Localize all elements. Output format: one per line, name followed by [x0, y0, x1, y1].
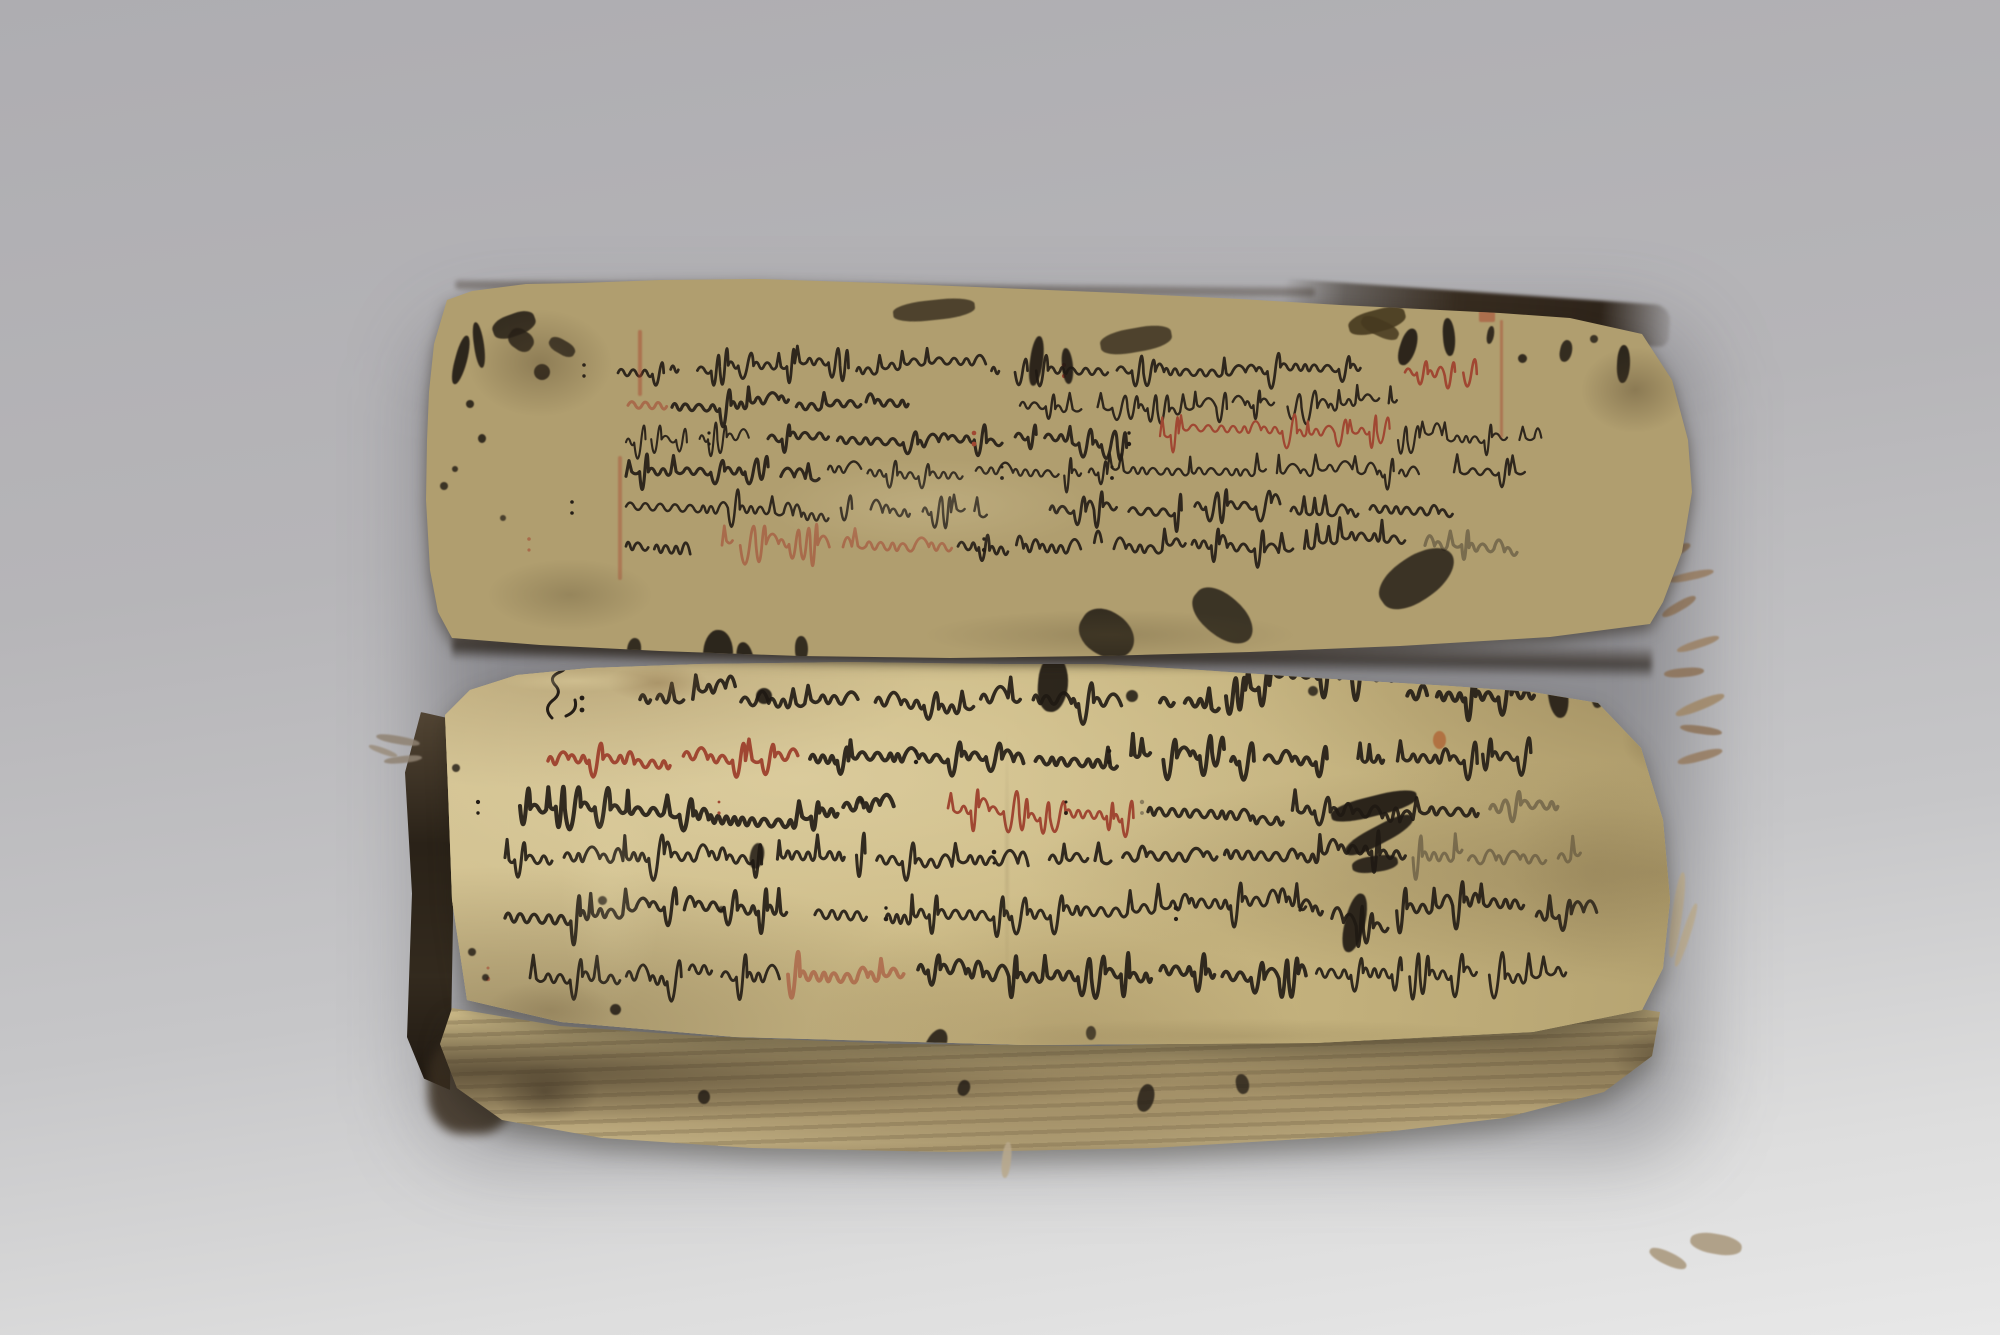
ink-smudge — [858, 798, 864, 804]
tsheg-dot — [914, 760, 918, 764]
text-line — [626, 542, 690, 554]
text-line — [810, 734, 1327, 780]
ink-smudge — [698, 1090, 710, 1104]
frayed-fiber — [1647, 1244, 1689, 1273]
frayed-fiber — [368, 743, 398, 759]
paper-stain — [700, 440, 1160, 570]
frayed-fiber — [376, 732, 421, 748]
tsheg-dot — [570, 511, 574, 515]
ink-smudge — [500, 515, 506, 521]
photograph-scene: Photograph of an open antique Tibetan ma… — [0, 0, 2000, 1335]
tsheg-dot — [707, 431, 710, 434]
text-line — [788, 952, 904, 998]
tsheg-dot — [1127, 442, 1131, 446]
head-mark-dots — [580, 708, 585, 713]
text-line — [672, 387, 908, 427]
tsheg-dot — [1140, 811, 1144, 815]
tsheg-dot — [972, 431, 977, 436]
paper-stain — [540, 740, 680, 1054]
tsheg-dot — [707, 442, 710, 445]
text-line — [618, 346, 999, 385]
ink-smudge — [956, 1078, 973, 1097]
red-margin-line — [1500, 320, 1503, 438]
tsheg-dot — [915, 750, 918, 753]
paper-stain — [470, 666, 680, 696]
paper-stain — [860, 1012, 1620, 1054]
text-line — [948, 790, 1133, 837]
tsheg-dot — [570, 500, 574, 504]
bottom-folio — [418, 650, 1692, 1054]
ink-smudge — [1234, 1073, 1250, 1095]
tsheg-dot — [1107, 760, 1111, 764]
paper-stain — [470, 1052, 620, 1132]
tsheg-dot — [992, 850, 997, 855]
ink-smudge — [1308, 686, 1318, 696]
paper-stain — [1002, 680, 1012, 1050]
text-line — [1454, 454, 1525, 487]
ink-smudge — [1591, 681, 1607, 708]
tsheg-dot — [527, 537, 531, 541]
ink-smudge — [452, 466, 458, 472]
text-line — [918, 953, 1306, 998]
tsheg-dot — [1140, 800, 1144, 804]
text-line — [626, 423, 749, 459]
ink-smudge — [1135, 1082, 1158, 1113]
tsheg-dot — [476, 800, 480, 804]
tsheg-dot — [884, 917, 889, 922]
tsheg-dot — [476, 811, 479, 814]
frayed-fiber — [1689, 1230, 1744, 1259]
ink-smudge — [756, 688, 772, 704]
text-line — [1148, 790, 1478, 825]
top-folio — [420, 274, 1696, 664]
bottom-folio-paper — [418, 650, 1692, 1054]
head-mark-dots — [580, 696, 585, 701]
paper-stain — [850, 600, 1370, 664]
tsheg-dot — [1174, 906, 1179, 911]
text-line — [1020, 385, 1397, 424]
tsheg-dot — [1127, 431, 1130, 434]
ink-smudge — [576, 1030, 585, 1042]
ink-smudge — [1433, 731, 1446, 749]
top-folio-paper — [420, 274, 1696, 664]
ink-smudge — [718, 906, 725, 913]
paper-stain — [455, 545, 685, 645]
ink-smudge — [440, 482, 448, 490]
tsheg-dot — [1065, 801, 1068, 804]
ink-smudge — [1126, 690, 1138, 702]
red-margin-line — [1479, 300, 1495, 322]
tsheg-dot — [1174, 917, 1178, 921]
ink-smudge — [478, 434, 486, 443]
tsheg-dot — [993, 862, 996, 865]
tsheg-dot — [884, 906, 887, 909]
ink-smudge — [468, 948, 476, 956]
text-line — [1160, 414, 1390, 452]
text-line — [1405, 359, 1477, 388]
text-line — [628, 402, 667, 409]
ink-smudge — [795, 636, 808, 662]
ink-smudge — [452, 764, 460, 772]
tsheg-dot — [717, 811, 720, 814]
tsheg-dot — [718, 801, 721, 804]
tsheg-dot — [1107, 749, 1112, 754]
paper-stain — [440, 288, 640, 438]
ink-smudge — [1518, 354, 1527, 363]
tsheg-dot — [487, 967, 490, 970]
text-line — [1398, 422, 1541, 456]
tsheg-dot — [1064, 811, 1068, 815]
text-line — [815, 883, 1306, 937]
